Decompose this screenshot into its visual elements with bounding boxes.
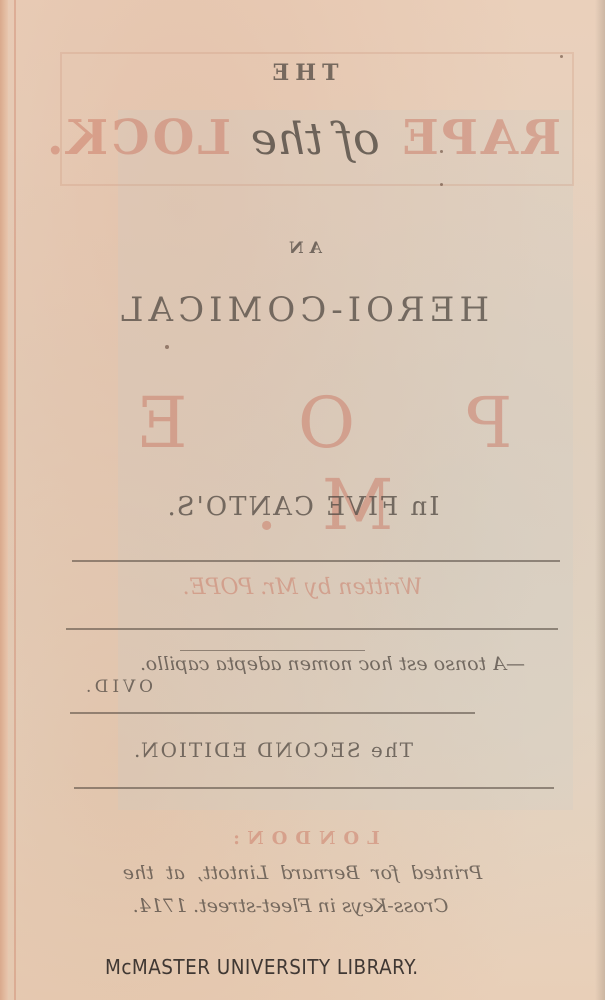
scanned-page: THE RAPE of the LOCK. AN HEROI-COMICAL P… (0, 0, 605, 1000)
paper-speck (165, 345, 169, 349)
title-word-rape: RAPE (399, 110, 561, 166)
title-of-the: of the (251, 114, 380, 165)
rule-divider (74, 787, 554, 789)
imprint-line-1: Printed for Bernard Lintott, at the (0, 862, 605, 884)
subtitle-heroi-comical: HEROI-COMICAL (0, 290, 605, 330)
rule-divider (72, 560, 560, 562)
edition-line: The SECOND EDITION. (0, 738, 575, 762)
title-an: AN (0, 238, 605, 257)
imprint-city: LONDON: (0, 828, 605, 849)
main-title: RAPE of the LOCK. (0, 110, 605, 166)
author-line: Written by Mr. POPE. (0, 575, 605, 600)
imprint-line-2: Cross-Keys in Fleet-street. 1714. (0, 895, 593, 917)
paper-speck (440, 150, 443, 153)
library-stamp: McMASTER UNIVERSITY LIBRARY. (105, 955, 419, 979)
rule-divider (66, 628, 558, 630)
epigraph-motto: —A tonso est hoc nomen adepta capillo. (30, 653, 605, 675)
paper-speck (440, 183, 443, 186)
subtitle-cantos: In FIVE CANTO'S. (0, 492, 605, 522)
title-the: THE (0, 60, 605, 86)
title-word-lock: LOCK. (44, 110, 231, 166)
paper-speck (560, 55, 563, 58)
rule-short (180, 650, 365, 651)
epigraph-source: OVID. (0, 677, 420, 697)
rule-divider (70, 712, 475, 714)
